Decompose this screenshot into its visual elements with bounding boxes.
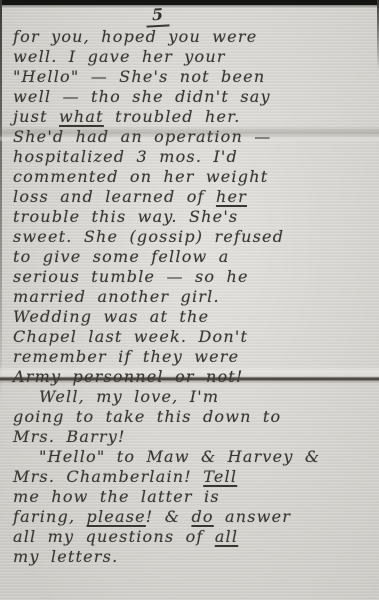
handwritten-line: hospitalized 3 mos. I'd <box>13 147 371 167</box>
line-text: loss and learned of <box>13 187 216 206</box>
handwritten-line: faring, please! & do answer <box>13 507 371 527</box>
line-text: remember if they were <box>13 347 239 366</box>
letter-body: for you, hoped you were well. I gave her… <box>13 27 371 567</box>
line-text: well. I gave her your <box>13 47 226 66</box>
handwritten-line: Mrs. Barry! <box>13 427 371 447</box>
line-text: She'd had an operation — <box>13 127 271 146</box>
line-text: for you, hoped you were <box>13 27 257 46</box>
line-text: all my questions of <box>13 527 215 546</box>
line-text: sweet. She (gossip) refused <box>13 227 284 246</box>
underlined-word: what <box>59 107 104 126</box>
line-text: my letters. <box>13 547 118 566</box>
handwritten-line: for you, hoped you were <box>13 27 371 47</box>
line-text: married another girl. <box>13 287 220 306</box>
line-text: "Hello" to Maw & Harvey & <box>39 447 320 466</box>
line-text: just <box>13 107 59 126</box>
handwritten-line: trouble this way. She's <box>13 207 371 227</box>
line-text: ! & <box>146 507 192 526</box>
line-text: Chapel last week. Don't <box>13 327 248 346</box>
handwritten-line: remember if they were <box>13 347 371 367</box>
page-number: 5 <box>145 4 169 27</box>
underlined-word: her <box>216 187 247 206</box>
underlined-word: Tell <box>203 467 237 486</box>
handwritten-line: all my questions of all <box>13 527 371 547</box>
line-text: Mrs. Chamberlain! <box>13 467 203 486</box>
line-text: troubled her. <box>104 107 241 126</box>
handwritten-line: sweet. She (gossip) refused <box>13 227 371 247</box>
handwritten-line: She'd had an operation — <box>13 127 371 147</box>
underlined-word: do <box>191 507 213 526</box>
line-text: to give some fellow a <box>13 247 229 266</box>
handwritten-line: serious tumble — so he <box>13 267 371 287</box>
line-text: Wedding was at the <box>13 307 209 326</box>
line-text: trouble this way. She's <box>13 207 238 226</box>
line-text: commented on her weight <box>13 167 268 186</box>
handwritten-line: commented on her weight <box>13 167 371 187</box>
underlined-word: all <box>215 527 238 546</box>
handwritten-line: to give some fellow a <box>13 247 371 267</box>
handwritten-line: me how the latter is <box>13 487 371 507</box>
handwritten-line: just what troubled her. <box>13 107 371 127</box>
handwritten-line: my letters. <box>13 547 371 567</box>
handwritten-line: loss and learned of her <box>13 187 371 207</box>
line-text: hospitalized 3 mos. I'd <box>13 147 238 166</box>
scan-edge-left <box>0 0 2 400</box>
handwritten-line: going to take this down to <box>13 407 371 427</box>
line-text: serious tumble — so he <box>13 267 249 286</box>
scan-edge-top-shadow <box>0 5 379 8</box>
line-text: well — tho she didn't say <box>13 87 271 106</box>
handwritten-line: Chapel last week. Don't <box>13 327 371 347</box>
handwritten-line: "Hello" to Maw & Harvey & <box>13 447 371 467</box>
line-text: me how the latter is <box>13 487 220 506</box>
handwritten-line: well. I gave her your <box>13 47 371 67</box>
line-text: "Hello" — She's not been <box>13 67 265 86</box>
handwritten-line: well — tho she didn't say <box>13 87 371 107</box>
line-text: answer <box>214 507 291 526</box>
line-text: Well, my love, I'm <box>39 387 219 406</box>
scanned-letter-page: 5 for you, hoped you were well. I gave h… <box>0 0 379 600</box>
handwritten-line: Mrs. Chamberlain! Tell <box>13 467 371 487</box>
line-text: going to take this down to <box>13 407 281 426</box>
handwritten-line: "Hello" — She's not been <box>13 67 371 87</box>
line-text: faring, <box>13 507 87 526</box>
handwritten-line: married another girl. <box>13 287 371 307</box>
line-text: Army personnel or not! <box>13 367 244 386</box>
line-text: Mrs. Barry! <box>13 427 126 446</box>
handwritten-line: Army personnel or not! <box>13 367 371 387</box>
underlined-word: please <box>87 507 146 526</box>
handwritten-line: Well, my love, I'm <box>13 387 371 407</box>
handwritten-line: Wedding was at the <box>13 307 371 327</box>
